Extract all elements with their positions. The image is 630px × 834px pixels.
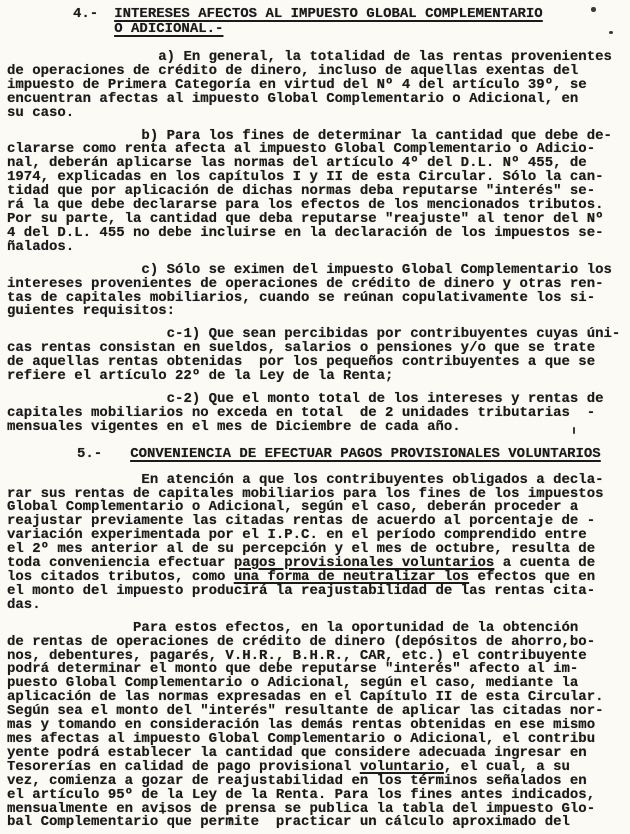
paragraph-c1: c-1) Que sean percibidas por contribuyen…: [7, 328, 628, 384]
scan-artifact: [229, 817, 232, 821]
paragraph-c: c) Sólo se eximen del impuesto Global Co…: [7, 264, 628, 320]
section-4-heading: 4.- INTERESES AFECTOS AL IMPUESTO GLOBAL…: [73, 7, 628, 37]
scan-artifact: [162, 811, 164, 814]
section-5-heading: 5.- CONVENIENCIA DE EFECTUAR PAGOS PROVI…: [77, 447, 628, 462]
scan-artifact: [573, 427, 575, 434]
scan-artifact: [591, 7, 596, 12]
paragraph-a: a) En general, la totalidad de las renta…: [7, 51, 628, 121]
paragraph-c2: c-2) Que el monto total de los intereses…: [7, 393, 628, 435]
paragraph-text: Para estos efectos, en la oportunidad de…: [7, 620, 604, 775]
section-4-title: INTERESES AFECTOS AL IMPUESTO GLOBAL COM…: [114, 7, 542, 37]
section-5-paragraph-2: Para estos efectos, en la oportunidad de…: [7, 622, 628, 831]
section-4-number: 4.-: [73, 7, 98, 22]
scan-artifact: [609, 31, 613, 34]
paragraph-b: b) Para los fines de determinar la canti…: [7, 130, 628, 255]
section-5-paragraph-1: En atención a que los contribuyentes obl…: [7, 474, 628, 613]
section-5-number: 5.-: [77, 447, 102, 462]
document-page: 4.- INTERESES AFECTOS AL IMPUESTO GLOBAL…: [0, 0, 630, 834]
section-5-title: CONVENIENCIA DE EFECTUAR PAGOS PROVISION…: [130, 447, 600, 462]
